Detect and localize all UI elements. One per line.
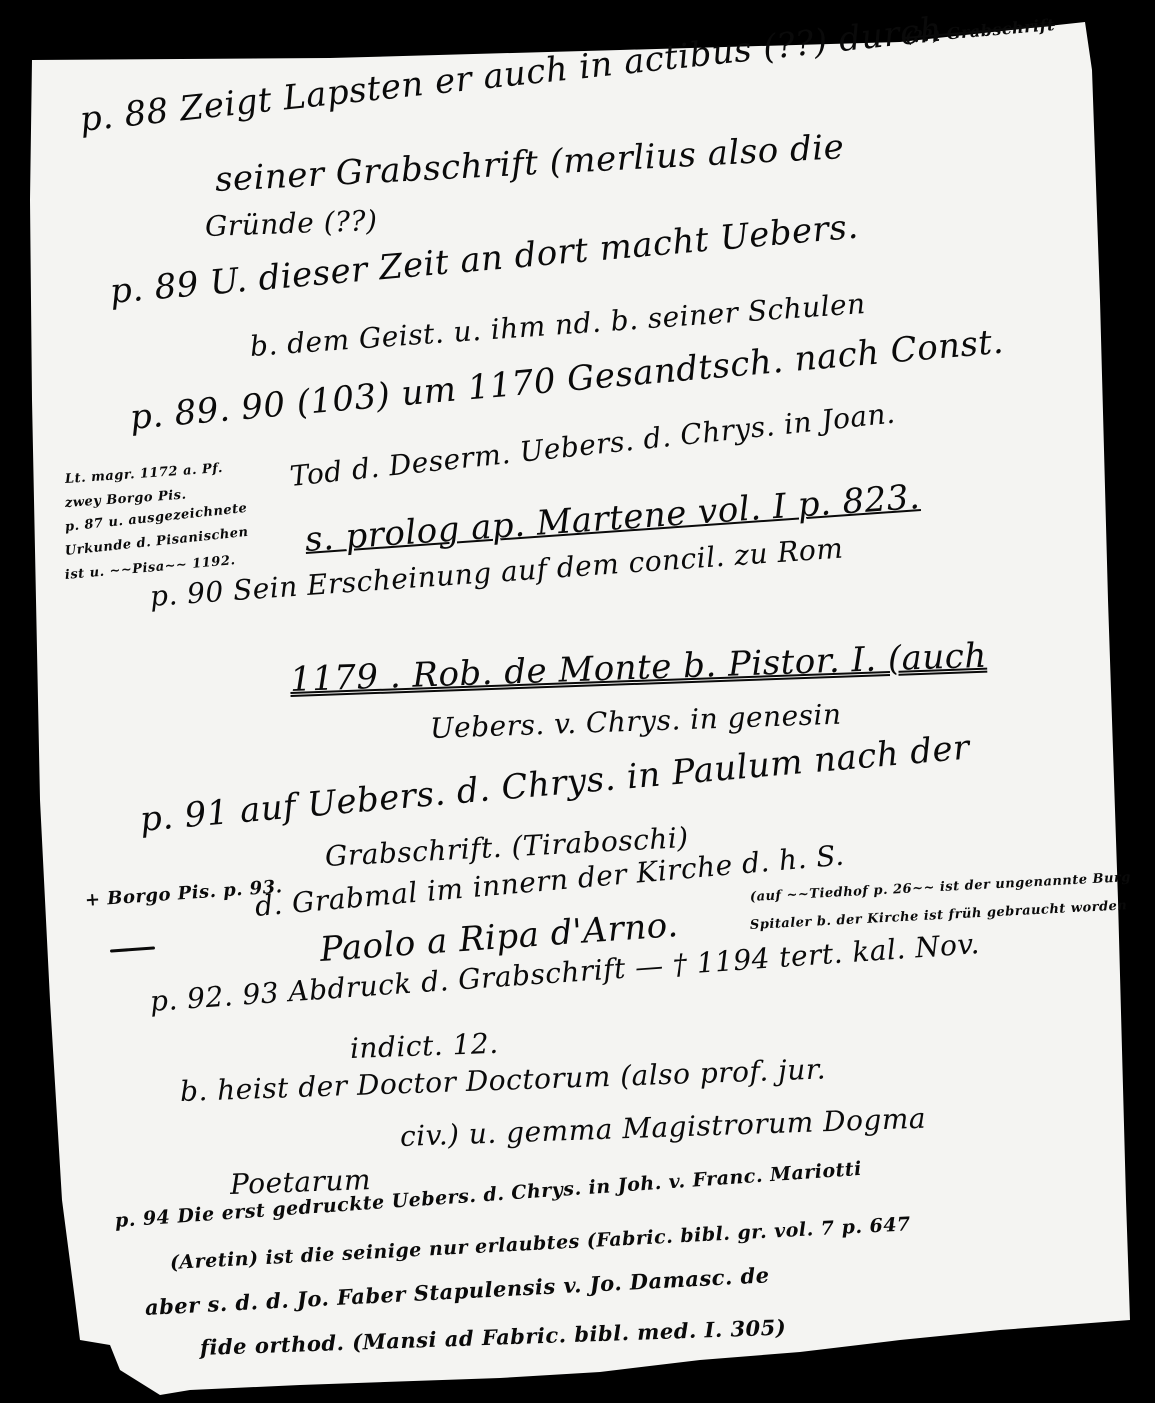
- line-3: Gründe (??): [204, 204, 378, 243]
- scan-background: (??) Grabschrift p. 88 Zeigt Lapsten er …: [0, 0, 1155, 1403]
- page-ref: p. 90: [149, 575, 225, 613]
- line-text: indict. 12.: [349, 1027, 499, 1065]
- line-17: indict. 12.: [349, 1027, 499, 1065]
- line-text: Gründe (??): [204, 204, 378, 243]
- page-ref: p. 91: [138, 792, 230, 840]
- page-ref: p. 89: [108, 264, 200, 312]
- page-ref: p. 94: [114, 1206, 171, 1232]
